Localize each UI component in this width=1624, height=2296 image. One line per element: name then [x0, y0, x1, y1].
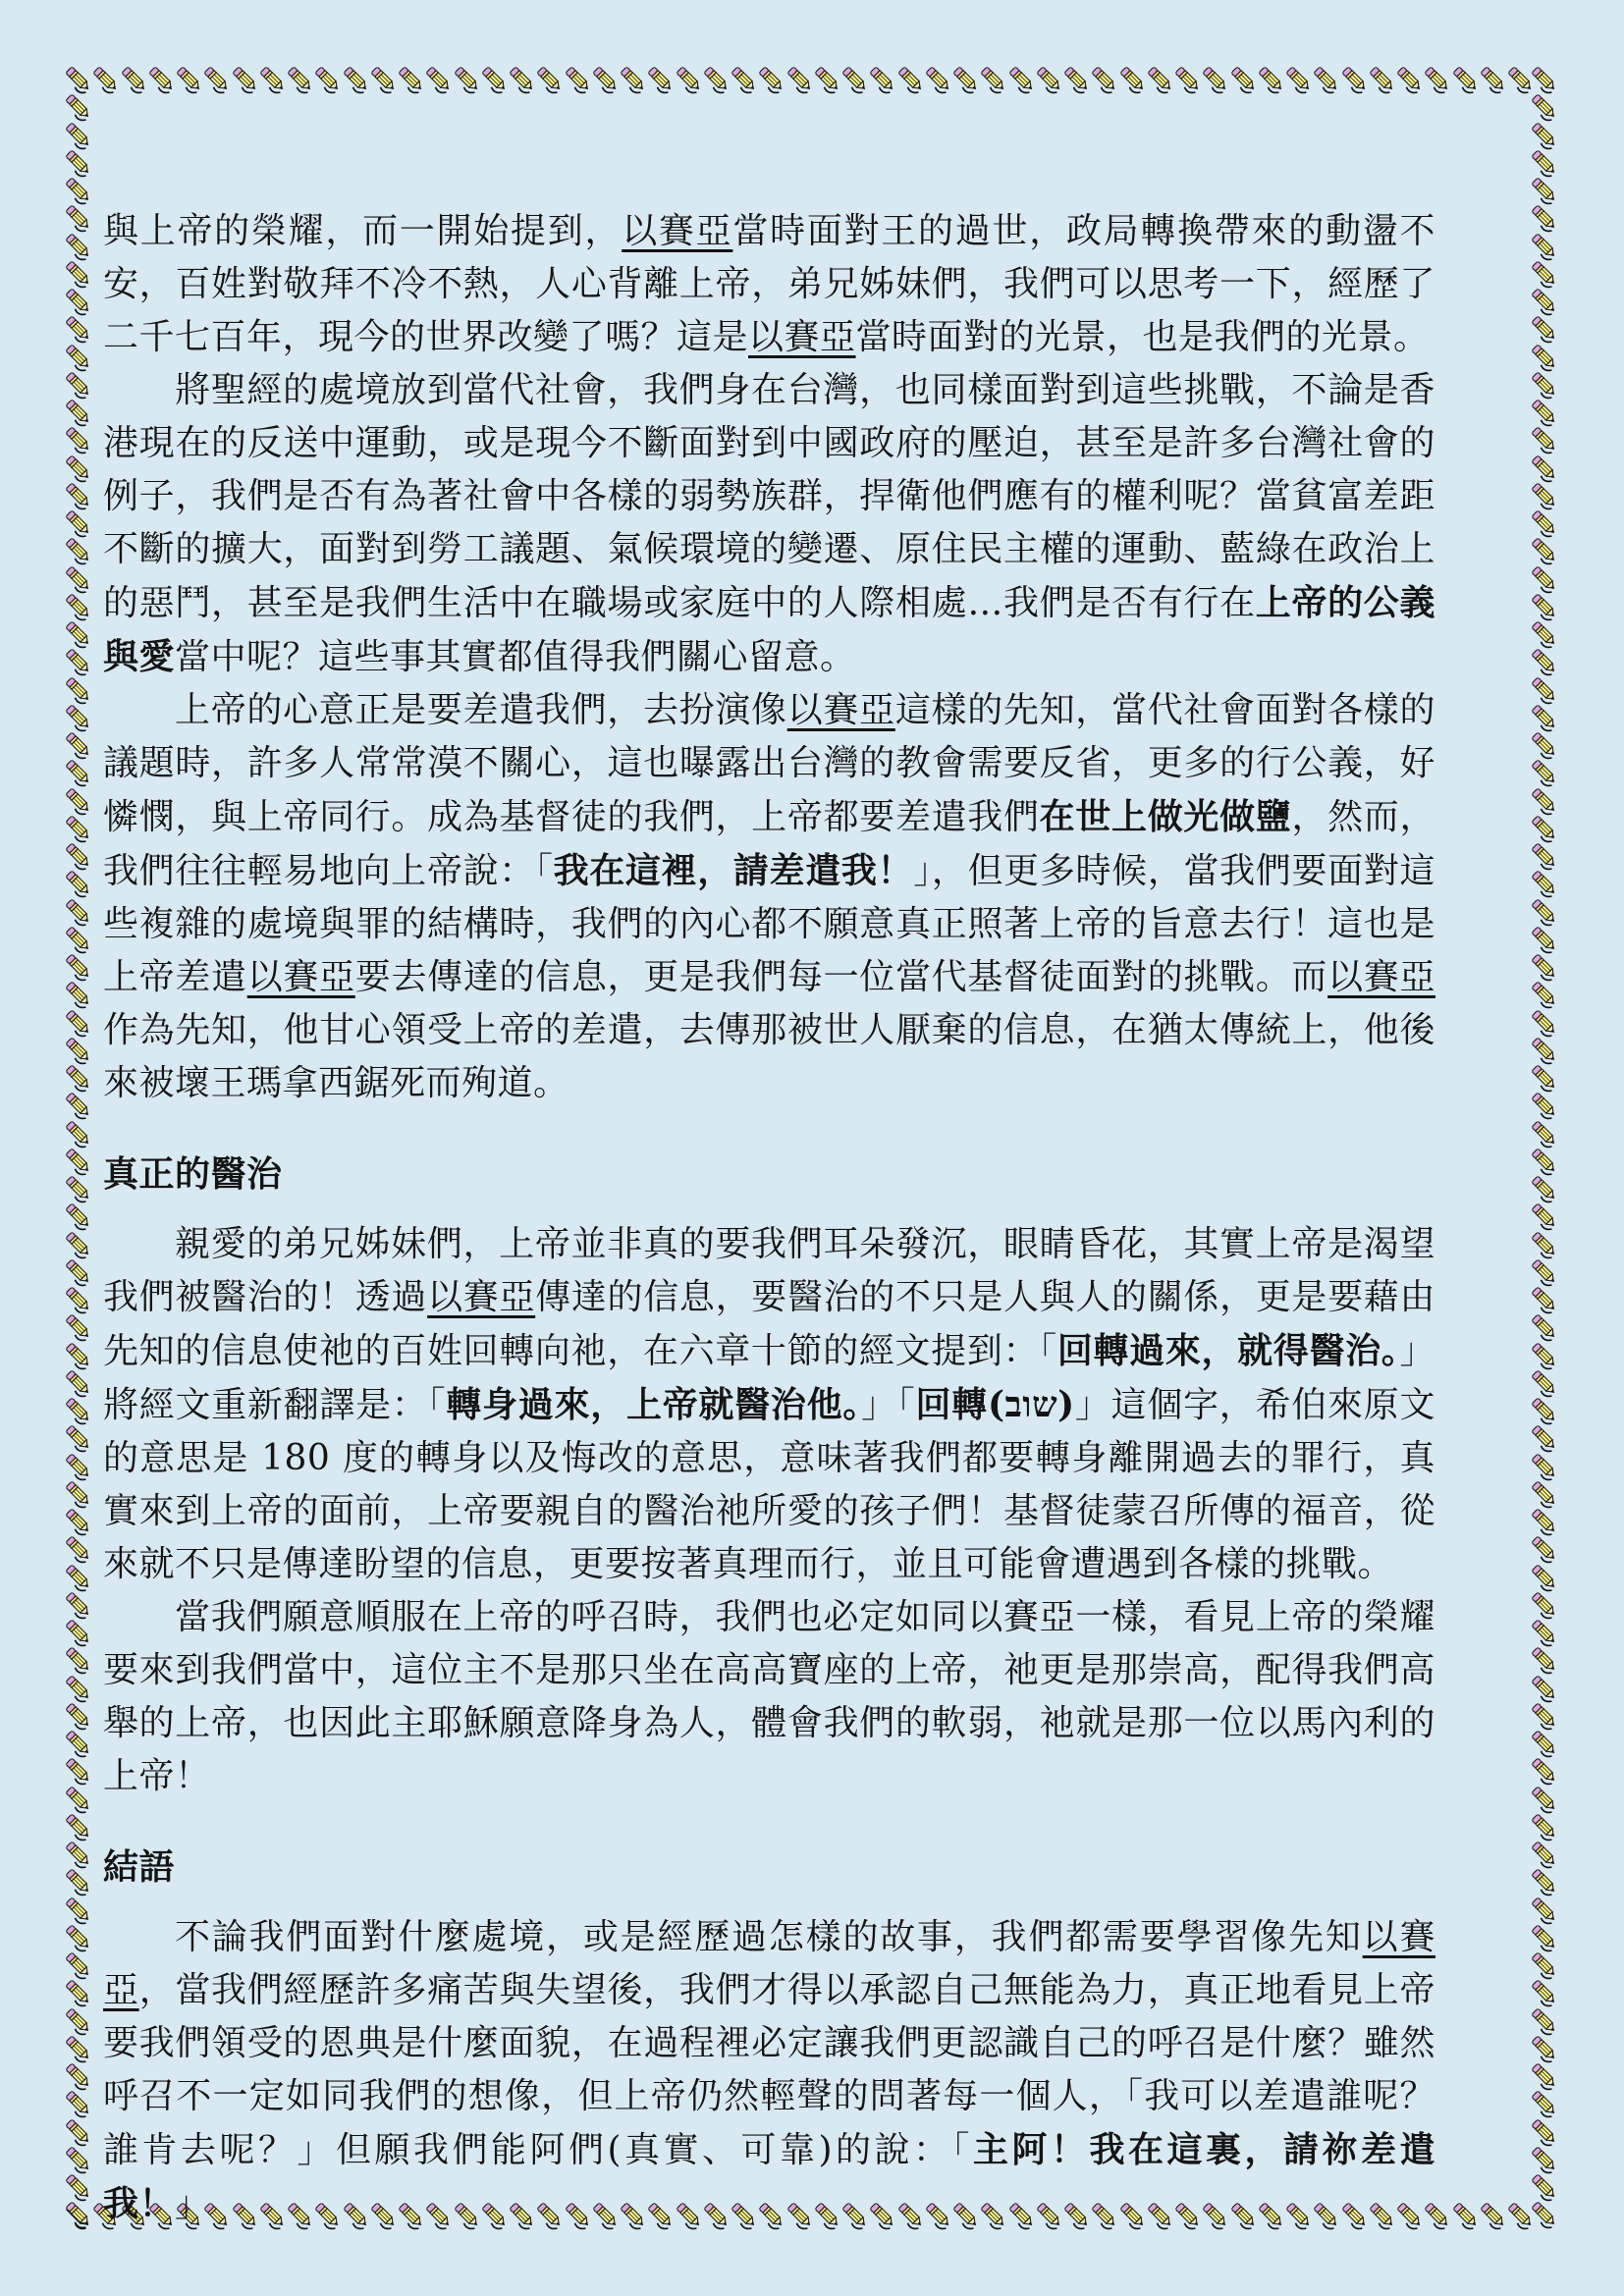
- section-heading: 結語: [103, 1841, 1435, 1894]
- section-heading: 真正的醫治: [103, 1148, 1435, 1201]
- underlined-name-text: 以賽亞: [1327, 957, 1435, 997]
- text-run: 當中呢？這些事其實都值得我們關心留意。: [175, 637, 856, 677]
- emphasis-text: 結語: [103, 1846, 175, 1888]
- text-run: 當我們願意順服在上帝的呼召時，我們也必定如同以賽亞一樣，看見上帝的榮耀要來到我們…: [103, 1597, 1435, 1796]
- paragraph: 當我們願意順服在上帝的呼召時，我們也必定如同以賽亞一樣，看見上帝的榮耀要來到我們…: [103, 1591, 1435, 1803]
- text-run: 」「: [861, 1385, 915, 1425]
- paragraph: 上帝的心意正是要差遣我們，去扮演像以賽亞這樣的先知，當代社會面對各樣的議題時，許…: [103, 684, 1435, 1110]
- underlined-name-text: 以賽亞: [748, 317, 856, 357]
- pencil-icon: [1528, 2198, 1561, 2231]
- text-run: 要去傳達的信息，更是我們每一位當代基督徒面對的挑戰。而: [355, 957, 1327, 997]
- text-run: 」: [175, 2184, 211, 2224]
- emphasis-text: 回轉過來，就得醫治。: [1057, 1330, 1400, 1371]
- emphasis-text: 在世上做光做鹽: [1040, 796, 1292, 837]
- pencil-icon: [62, 2198, 95, 2231]
- emphasis-text: 轉身過來，上帝就醫治他。: [446, 1384, 861, 1425]
- emphasis-text: 我在這裡，請差遣我！: [554, 850, 914, 891]
- text-run: 與上帝的榮耀，而一開始提到，: [103, 211, 622, 251]
- document-content: 與上帝的榮耀，而一開始提到，以賽亞當時面對王的過世，政局轉換帶來的動盪不安，百姓…: [103, 205, 1435, 2231]
- text-run: 作為先知，他甘心領受上帝的差遣，去傳那被世人厭棄的信息，在猶太傳統上，他後來被壞…: [103, 1010, 1435, 1103]
- underlined-name-text: 以賽亞: [247, 957, 355, 997]
- text-run: 上帝的心意正是要差遣我們，去扮演像: [175, 690, 787, 730]
- underlined-name-text: 以賽亞: [787, 690, 895, 730]
- emphasis-text: 回轉(שוב): [916, 1384, 1075, 1425]
- paragraph: 將聖經的處境放到當代社會，我們身在台灣，也同樣面對到這些挑戰，不論是香港現在的反…: [103, 364, 1435, 684]
- emphasis-text: 真正的醫治: [103, 1153, 283, 1195]
- text-run: 將聖經的處境放到當代社會，我們身在台灣，也同樣面對到這些挑戰，不論是香港現在的反…: [103, 370, 1435, 623]
- paragraph: 親愛的弟兄姊妹們，上帝並非真的要我們耳朵發沉，眼睛昏花，其實上帝是渴望我們被醫治…: [103, 1218, 1435, 1591]
- underlined-name-text: 以賽亞: [427, 1277, 535, 1317]
- text-run: 當時面對的光景，也是我們的光景。: [856, 317, 1430, 357]
- document-page: 與上帝的榮耀，而一開始提到，以賽亞當時面對王的過世，政局轉換帶來的動盪不安，百姓…: [0, 0, 1624, 2296]
- underlined-name-text: 以賽亞: [622, 211, 732, 251]
- text-run: 不論我們面對什麼處境，或是經歷過怎樣的故事，我們都需要學習像先知: [175, 1917, 1363, 1957]
- paragraph: 與上帝的榮耀，而一開始提到，以賽亞當時面對王的過世，政局轉換帶來的動盪不安，百姓…: [103, 205, 1435, 364]
- paragraph: 不論我們面對什麼處境，或是經歷過怎樣的故事，我們都需要學習像先知以賽亞，當我們經…: [103, 1911, 1435, 2231]
